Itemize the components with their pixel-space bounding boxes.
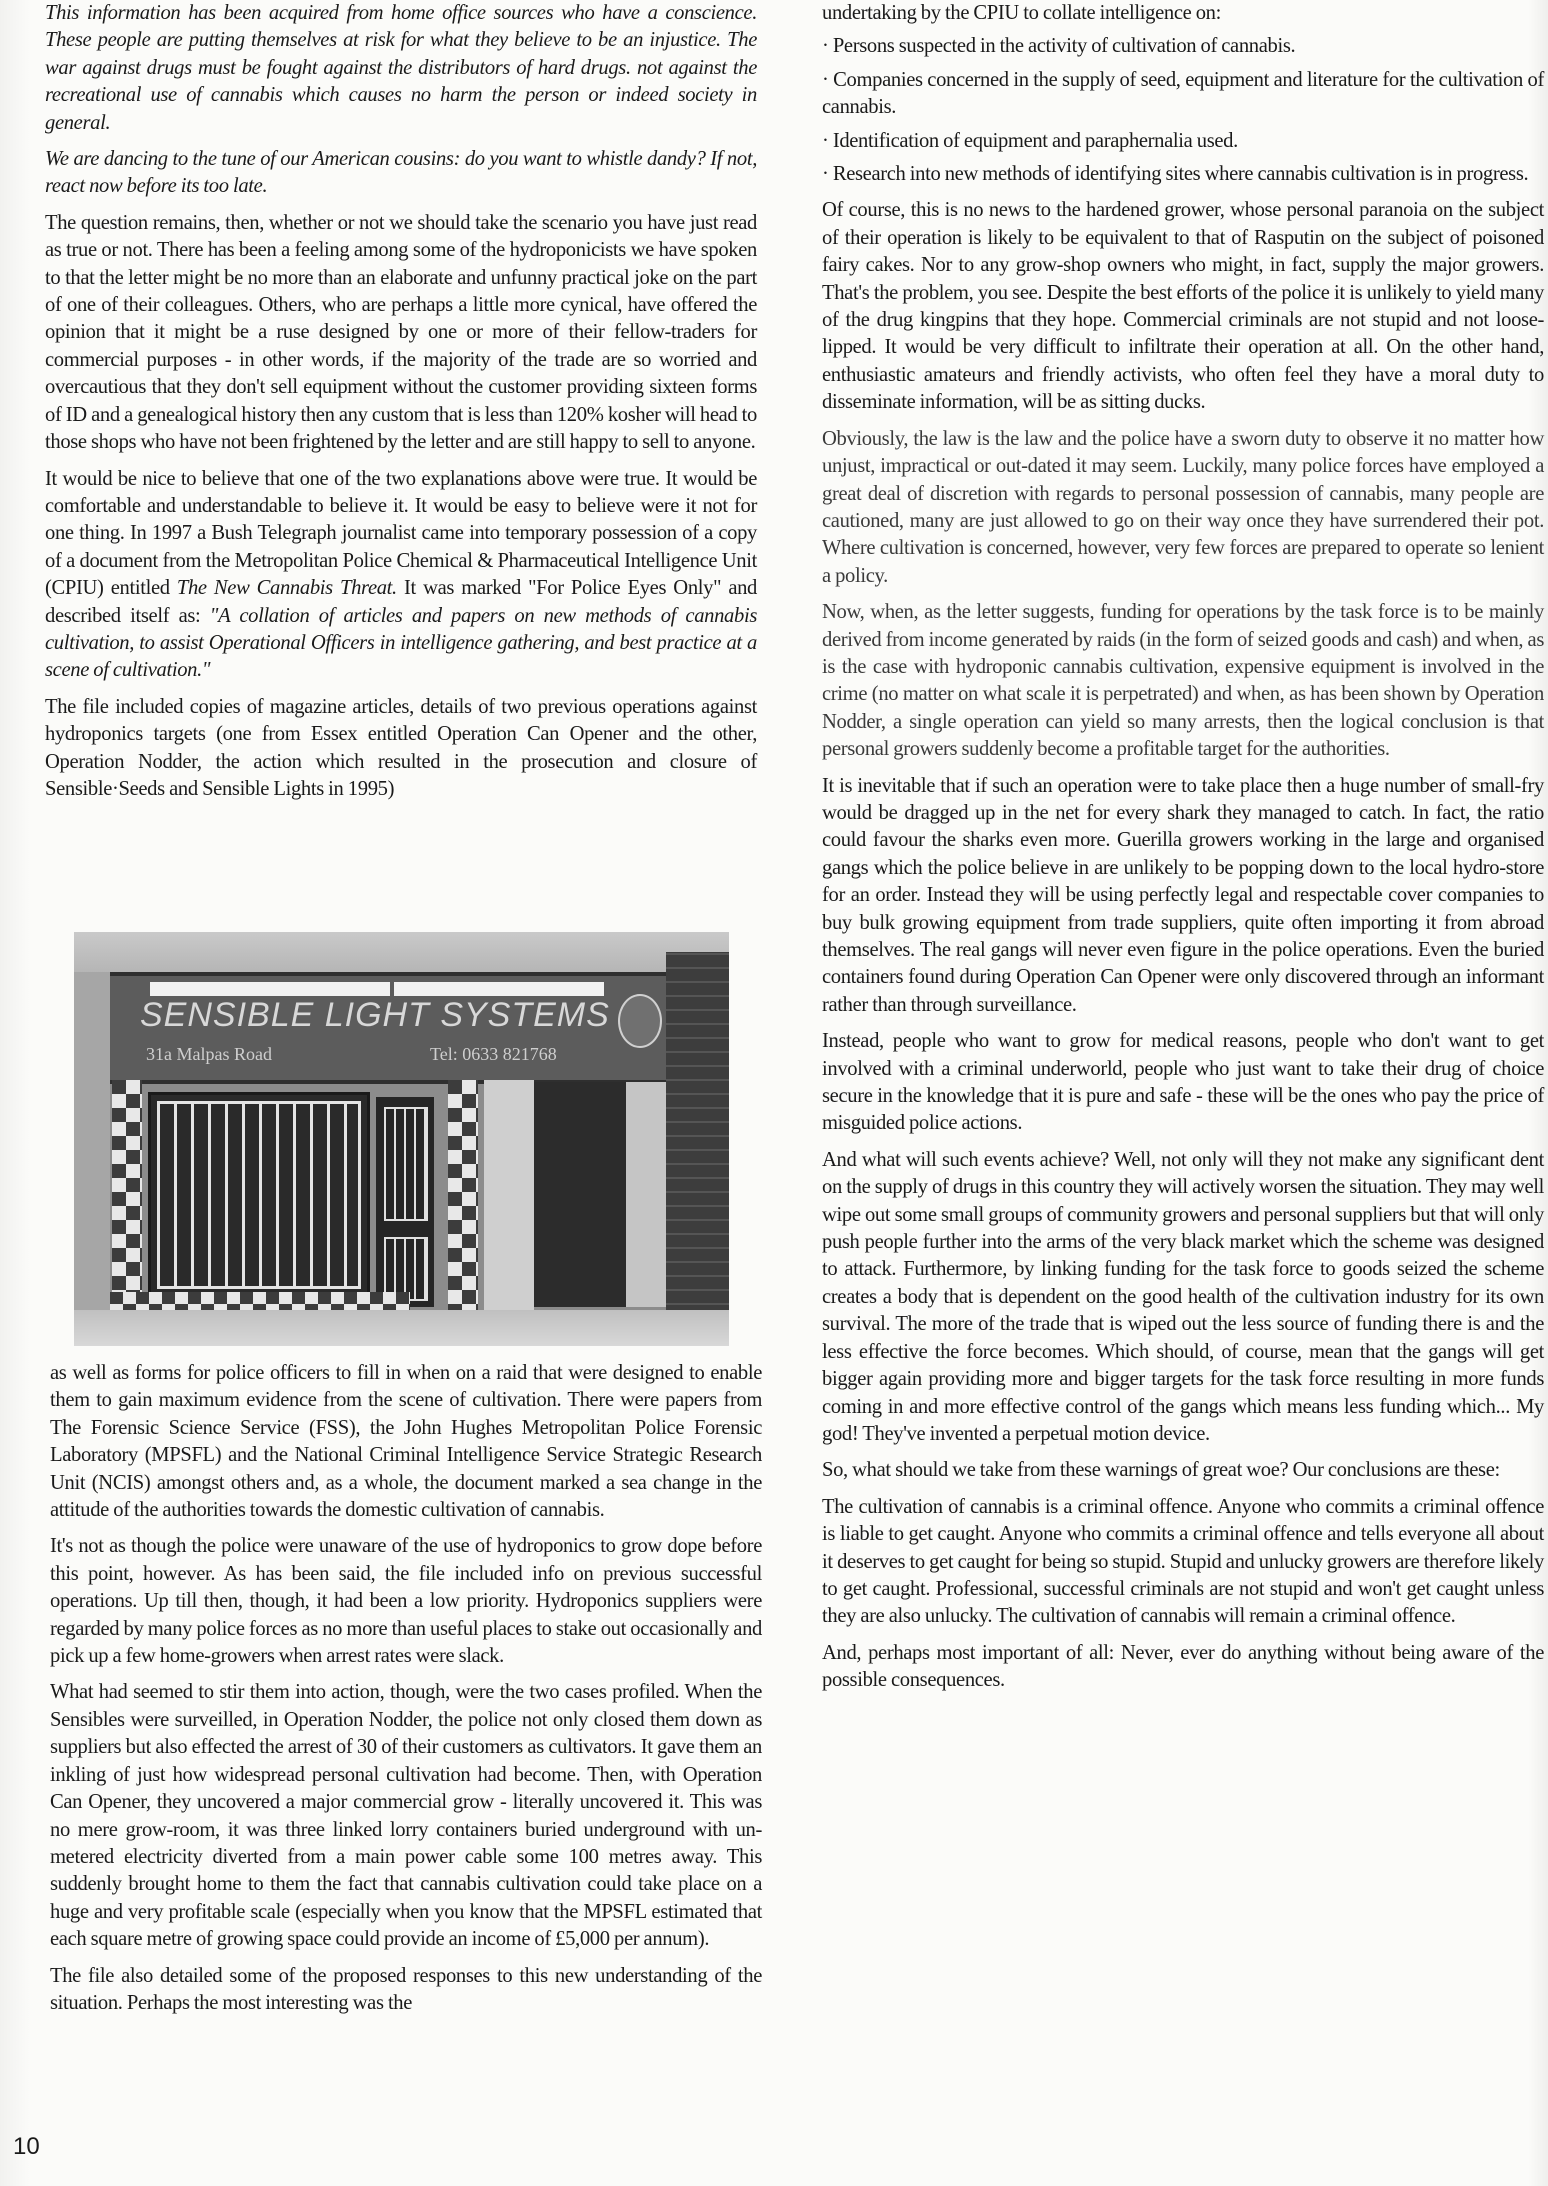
body-paragraph: The cultivation of cannabis is a crimina…	[822, 1494, 1544, 1631]
body-paragraph: Obviously, the law is the law and the po…	[822, 426, 1544, 590]
body-paragraph: And what will such events achieve? Well,…	[822, 1147, 1544, 1448]
door-grille	[384, 1107, 428, 1221]
sign-name: SENSIBLE LIGHT SYSTEMS	[140, 996, 610, 1035]
left-column-top: This information has been acquired from …	[45, 0, 757, 812]
sign-phone: Tel: 0633 821768	[430, 1044, 557, 1065]
sign-address: 31a Malpas Road	[146, 1044, 272, 1065]
tomato-logo-icon	[618, 994, 662, 1048]
shop-sign: SENSIBLE LIGHT SYSTEMS 31a Malpas Road T…	[110, 972, 680, 1084]
body-paragraph: And, perhaps most important of all: Neve…	[822, 1640, 1544, 1695]
left-column-bottom: as well as forms for police officers to …	[50, 1360, 762, 2026]
intro-italic-paragraph: We are dancing to the tune of our Americ…	[45, 146, 757, 201]
sign-lamp	[394, 982, 604, 996]
photo-wall	[484, 1080, 534, 1310]
tiled-pillar	[448, 1080, 478, 1310]
window-grille	[157, 1101, 361, 1289]
body-paragraph: Now, when, as the letter suggests, fundi…	[822, 599, 1544, 763]
body-paragraph: Instead, people who want to grow for med…	[822, 1028, 1544, 1138]
body-paragraph: The file also detailed some of the propo…	[50, 1963, 762, 2018]
pavement	[74, 1310, 729, 1346]
brick-wall	[666, 952, 729, 1317]
body-paragraph: It's not as though the police were unawa…	[50, 1533, 762, 1670]
page-number: 10	[13, 2133, 40, 2161]
bullet-item: Companies concerned in the supply of see…	[822, 67, 1544, 122]
body-paragraph: So, what should we take from these warni…	[822, 1457, 1544, 1484]
body-paragraph: Of course, this is no news to the harden…	[822, 197, 1544, 416]
shop-window	[148, 1092, 370, 1298]
photo-sky	[74, 932, 729, 972]
photo-wall	[74, 972, 110, 1317]
document-title: The New Cannabis Threat.	[177, 577, 397, 599]
tiled-pillar	[112, 1080, 142, 1310]
body-paragraph: The question remains, then, whether or n…	[45, 210, 757, 457]
body-paragraph: as well as forms for police officers to …	[50, 1360, 762, 1524]
bullet-item: Persons suspected in the activity of cul…	[822, 33, 1544, 60]
photo-wall	[626, 1082, 666, 1307]
shopfront-photo: SENSIBLE LIGHT SYSTEMS 31a Malpas Road T…	[74, 932, 729, 1346]
body-paragraph: What had seemed to stir them into action…	[50, 1679, 762, 1953]
body-paragraph: It is inevitable that if such an operati…	[822, 773, 1544, 1020]
sign-lamp	[150, 982, 390, 996]
body-paragraph: The file included copies of magazine art…	[45, 694, 757, 804]
lead-in: undertaking by the CPIU to collate intel…	[822, 0, 1544, 27]
intro-italic-paragraph: This information has been acquired from …	[45, 0, 757, 137]
right-column: undertaking by the CPIU to collate intel…	[822, 0, 1544, 1704]
cpiu-paragraph: It would be nice to believe that one of …	[45, 466, 757, 685]
bullet-item: Identification of equipment and parapher…	[822, 128, 1544, 155]
roller-shutter	[534, 1082, 626, 1307]
bullet-item: Research into new methods of identifying…	[822, 161, 1544, 188]
shop-door	[376, 1097, 434, 1307]
